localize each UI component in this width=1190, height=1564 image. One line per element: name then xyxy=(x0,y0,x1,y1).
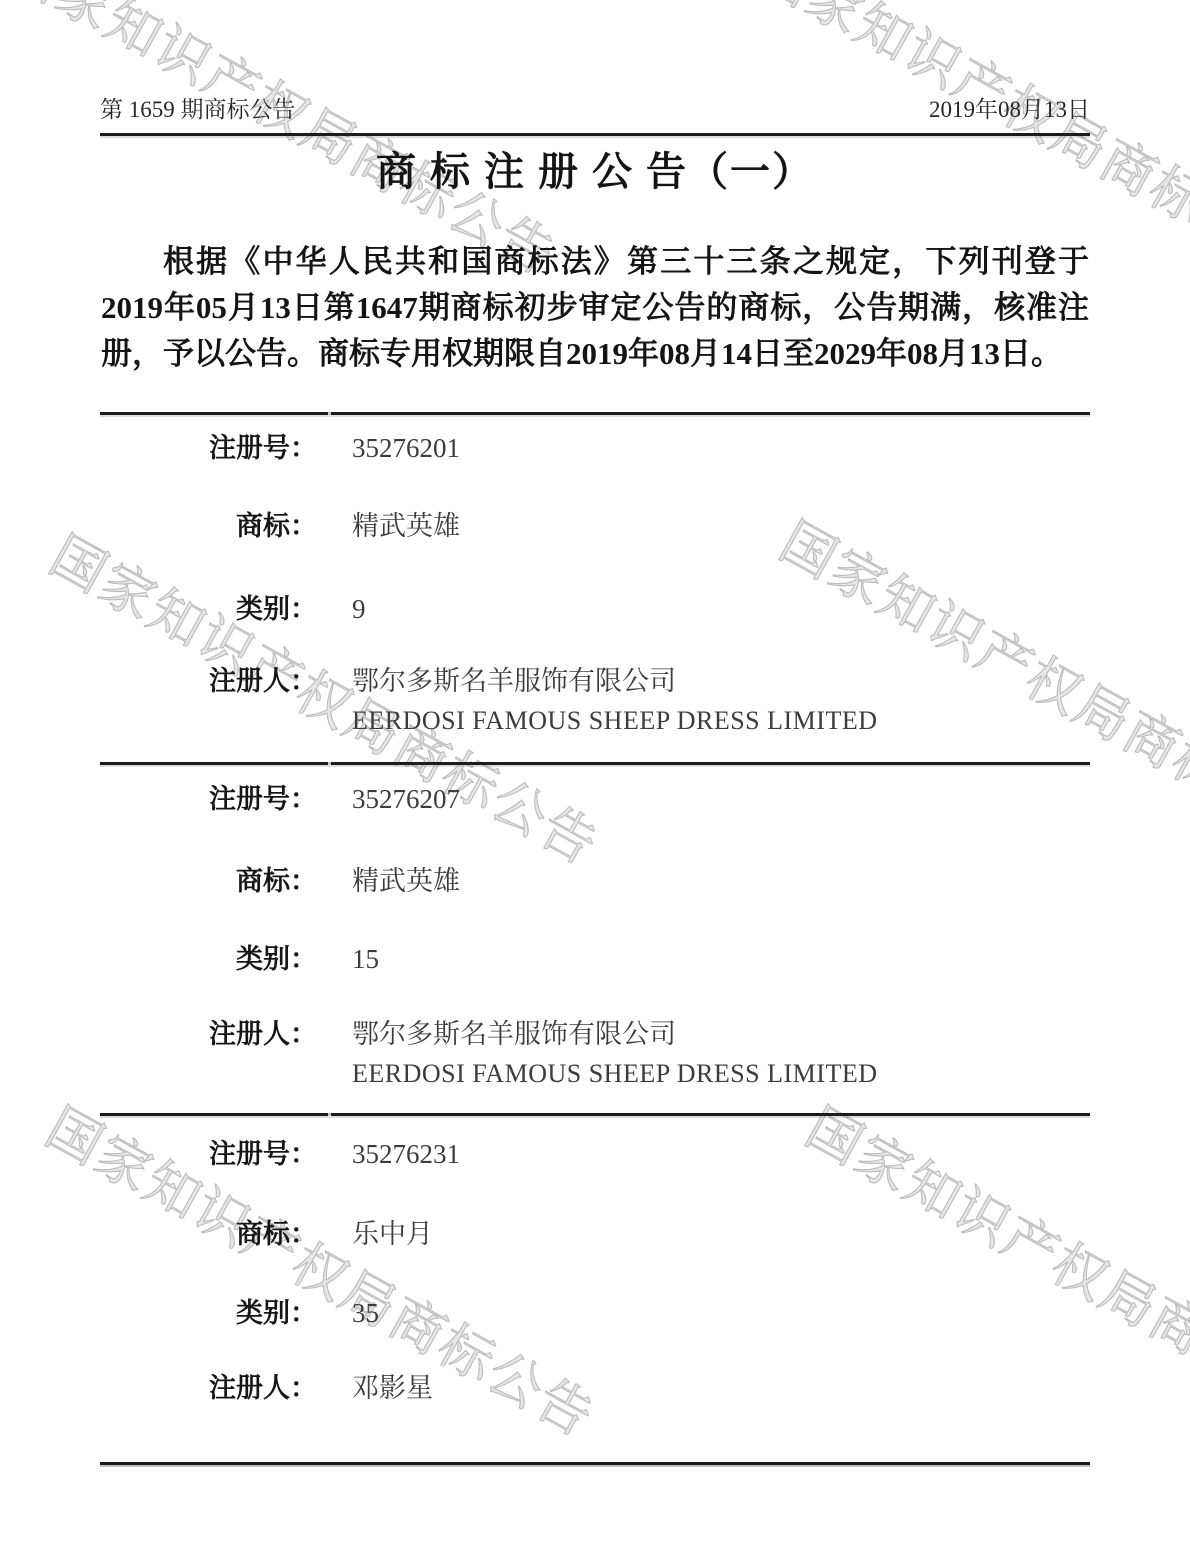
entry-divider xyxy=(100,762,1090,765)
reg-no-value: 35276207 xyxy=(352,784,460,814)
category-label: 类别： xyxy=(100,1298,317,1328)
trademark-value: 精武英雄 xyxy=(352,866,460,896)
registrant-row: 注册人： 鄂尔多斯名羊服饰有限公司 EERDOSI FAMOUS SHEEP D… xyxy=(100,1019,878,1089)
registrant-name-en: EERDOSI FAMOUS SHEEP DRESS LIMITED xyxy=(352,706,878,736)
scan-gap xyxy=(328,1113,331,1117)
registrant-label: 注册人： xyxy=(100,1019,317,1049)
category-value: 15 xyxy=(352,944,379,974)
category-row: 类别： 9 xyxy=(100,594,366,624)
registrant-name-en: EERDOSI FAMOUS SHEEP DRESS LIMITED xyxy=(352,1059,878,1089)
category-value: 9 xyxy=(352,594,366,624)
reg-no-row: 注册号： 35276207 xyxy=(100,784,460,814)
trademark-value: 乐中月 xyxy=(352,1219,433,1249)
trademark-label: 商标： xyxy=(100,1219,317,1249)
registrant-row: 注册人： 邓影星 xyxy=(100,1373,433,1403)
entry-divider xyxy=(100,1113,1090,1116)
category-row: 类别： 15 xyxy=(100,944,379,974)
page-title: 商 标 注 册 公 告（一） xyxy=(0,150,1190,194)
trademark-row: 商标： 精武英雄 xyxy=(100,866,460,896)
reg-no-row: 注册号： 35276231 xyxy=(100,1139,460,1169)
scan-gap xyxy=(328,762,331,766)
reg-no-value: 35276231 xyxy=(352,1139,460,1169)
category-label: 类别： xyxy=(100,594,317,624)
issue-number: 第 1659 期商标公告 xyxy=(100,95,296,125)
trademark-row: 商标： 乐中月 xyxy=(100,1219,433,1249)
registrant-name-cn: 鄂尔多斯名羊服饰有限公司 xyxy=(352,666,878,696)
registrant-value: 鄂尔多斯名羊服饰有限公司 EERDOSI FAMOUS SHEEP DRESS … xyxy=(352,1019,878,1089)
trademark-value: 精武英雄 xyxy=(352,511,460,541)
scan-gap xyxy=(328,412,331,416)
registrant-label: 注册人： xyxy=(100,1373,317,1403)
category-label: 类别： xyxy=(100,944,317,974)
registrant-row: 注册人： 鄂尔多斯名羊服饰有限公司 EERDOSI FAMOUS SHEEP D… xyxy=(100,666,878,736)
registrant-label: 注册人： xyxy=(100,666,317,696)
reg-no-label: 注册号： xyxy=(100,784,317,814)
reg-no-label: 注册号： xyxy=(100,1139,317,1169)
category-value: 35 xyxy=(352,1298,379,1328)
reg-no-row: 注册号： 35276201 xyxy=(100,433,460,463)
entry-divider xyxy=(100,412,1090,415)
gazette-page: 国家知识产权局商标公告 国家知识产权局商标公告 国家知识产权局商标公告 国家知识… xyxy=(0,0,1190,1564)
header-divider xyxy=(100,133,1090,136)
page-bottom-divider xyxy=(100,1462,1090,1465)
reg-no-label: 注册号： xyxy=(100,433,317,463)
trademark-row: 商标： 精武英雄 xyxy=(100,511,460,541)
registrant-value: 鄂尔多斯名羊服饰有限公司 EERDOSI FAMOUS SHEEP DRESS … xyxy=(352,666,878,736)
trademark-label: 商标： xyxy=(100,511,317,541)
registrant-name-cn: 鄂尔多斯名羊服饰有限公司 xyxy=(352,1019,878,1049)
reg-no-value: 35276201 xyxy=(352,433,460,463)
trademark-label: 商标： xyxy=(100,866,317,896)
gazette-content: 第 1659 期商标公告 2019年08月13日 商 标 注 册 公 告（一） … xyxy=(0,0,1190,1564)
registrant-value: 邓影星 xyxy=(352,1373,433,1403)
category-row: 类别： 35 xyxy=(100,1298,379,1328)
intro-paragraph: 根据《中华人民共和国商标法》第三十三条之规定，下列刊登于2019年05月13日第… xyxy=(101,239,1089,377)
issue-date: 2019年08月13日 xyxy=(929,95,1090,125)
